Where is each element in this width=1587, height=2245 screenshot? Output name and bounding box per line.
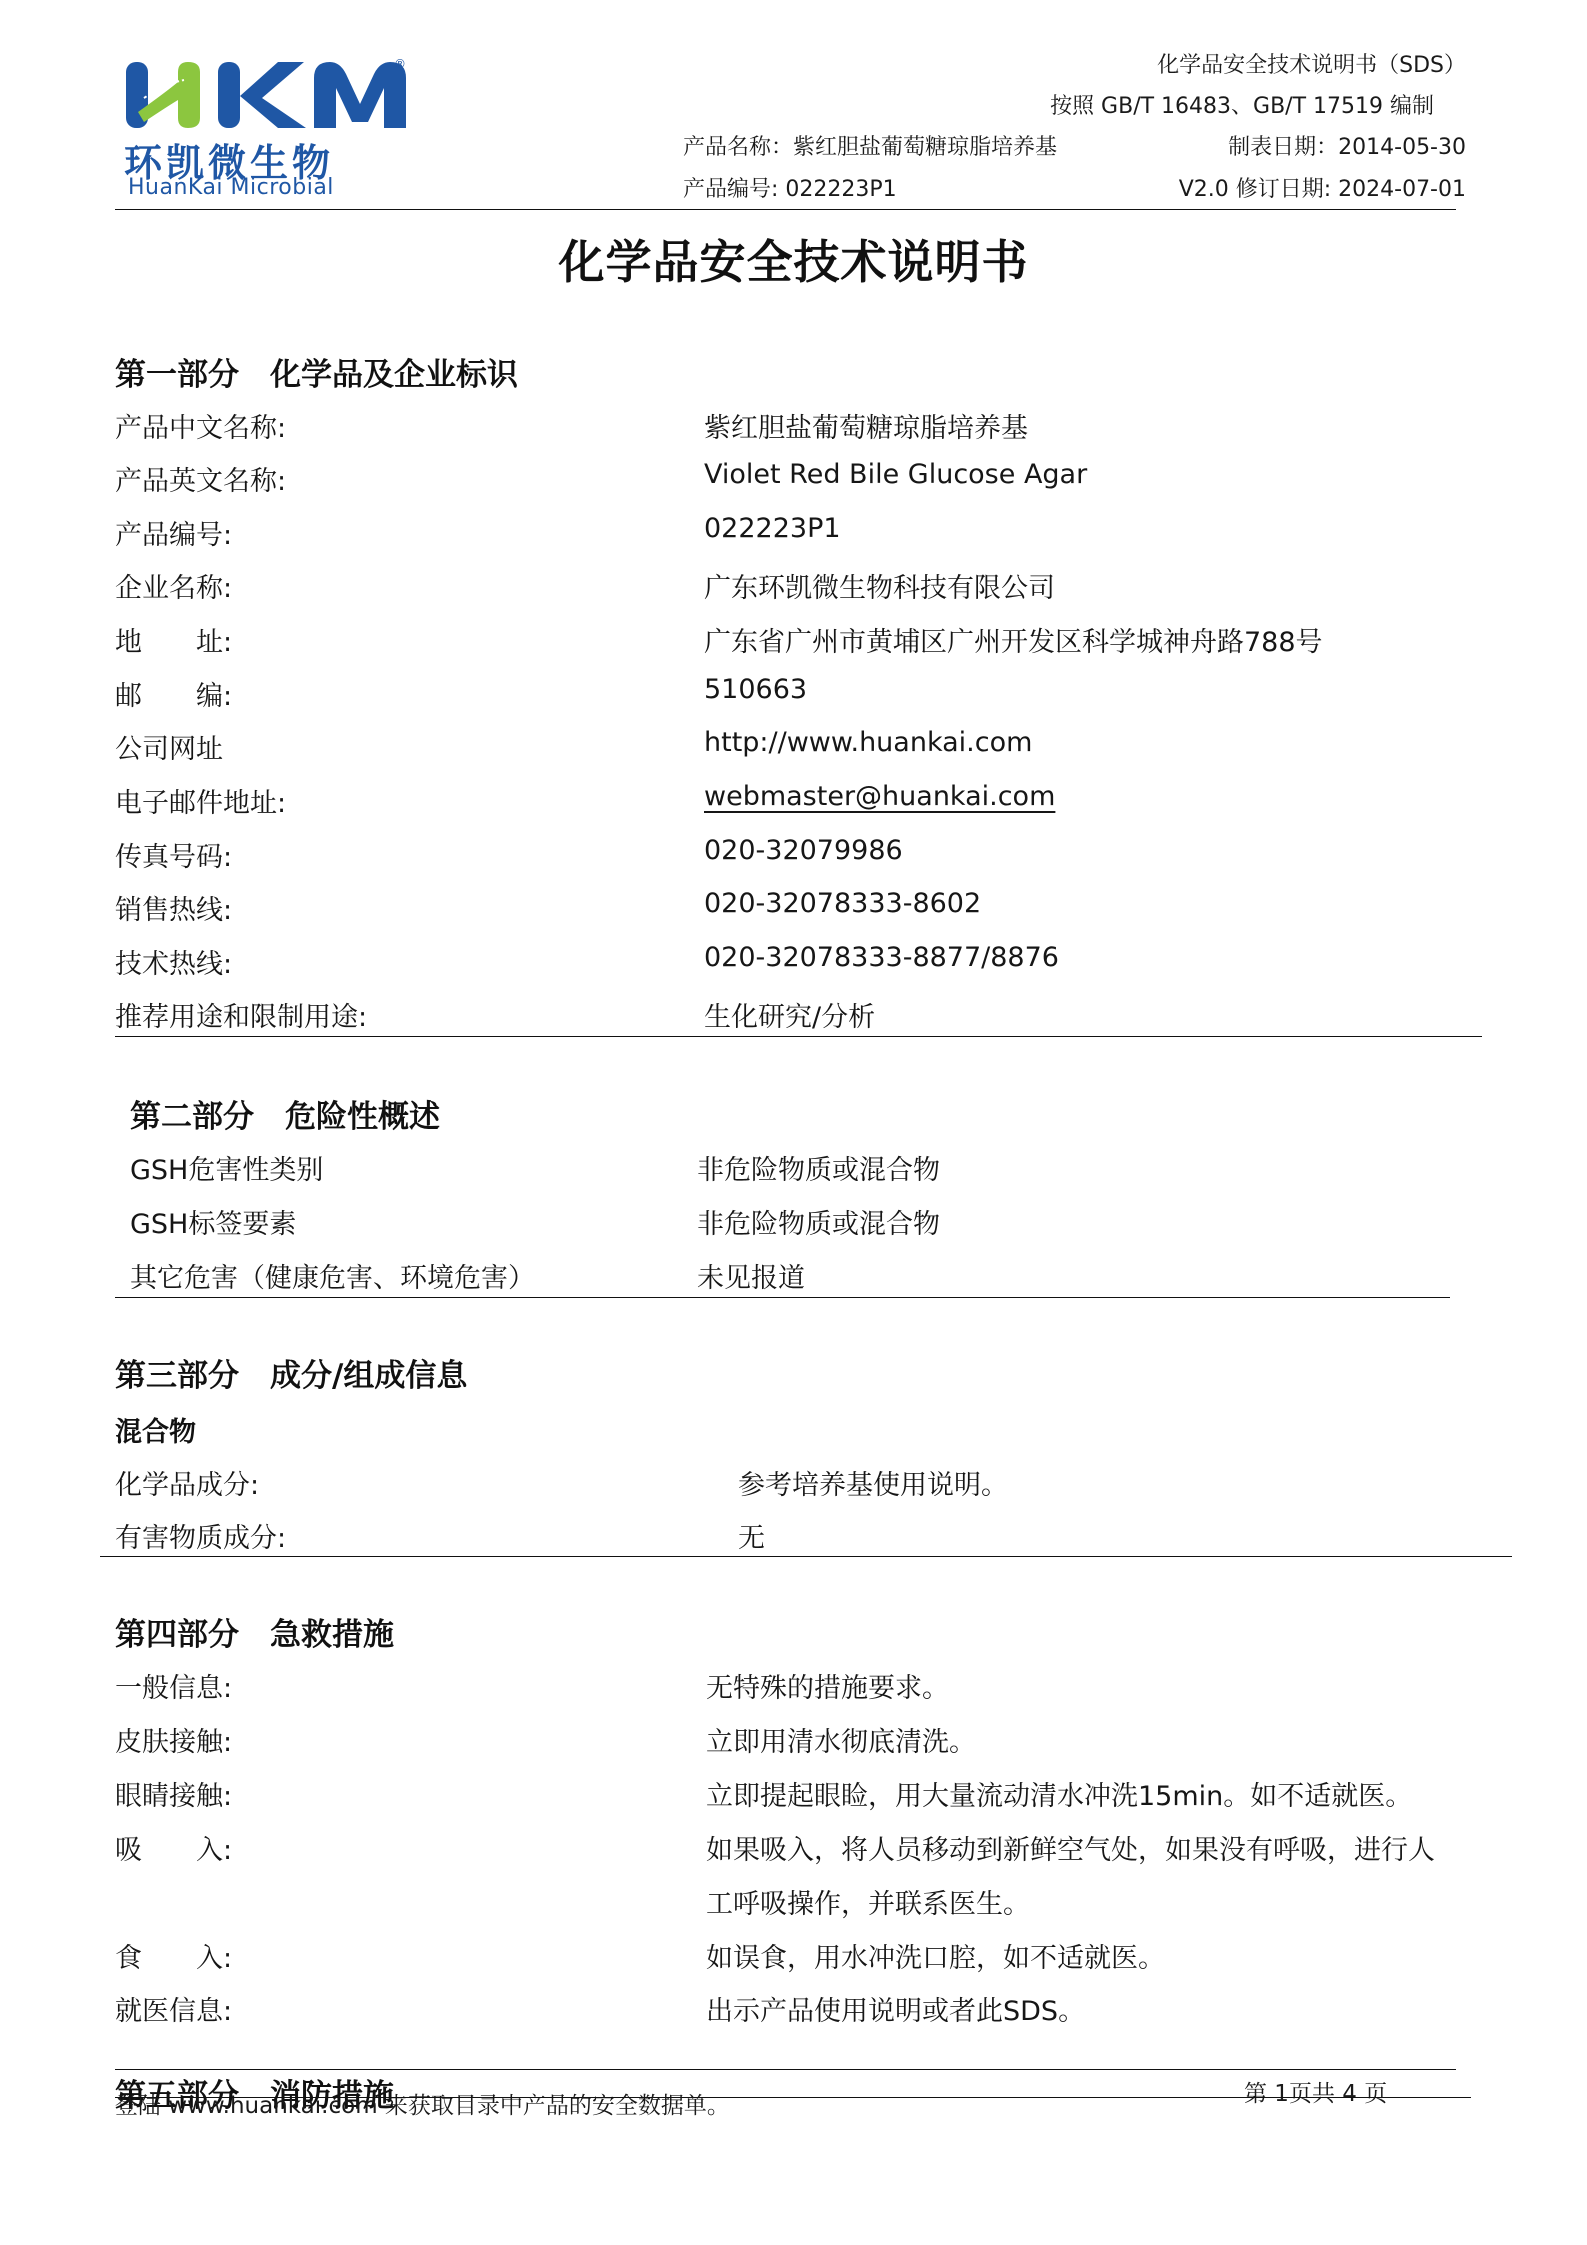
s4-value: 如果吸入，将人员移动到新鲜空气处，如果没有呼吸，进行人 (706, 1828, 1435, 1867)
s3-label: 化学品成分: (115, 1463, 259, 1502)
s4-label: 一般信息: (115, 1666, 232, 1705)
s1-value: 510663 (704, 674, 807, 705)
s1-label: 传真号码: (115, 835, 232, 874)
s3-value: 参考培养基使用说明。 (738, 1463, 1008, 1502)
s1-label: 产品英文名称: (115, 459, 286, 498)
s4-value: 立即用清水彻底清洗。 (706, 1720, 976, 1759)
s4-label: 吸 入: (115, 1828, 232, 1867)
website-link[interactable]: http://www.huankai.com (704, 727, 1032, 758)
header-revision: V2.0 修订日期: 2024-07-01 (1179, 172, 1466, 203)
s2-value: 非危险物质或混合物 (697, 1148, 940, 1187)
s1-value: 022223P1 (704, 513, 841, 544)
header-product-code: 产品编号: 022223P1 (683, 172, 897, 203)
section-4-heading: 第四部分 急救措施 (115, 1609, 394, 1654)
s2-value: 未见报道 (697, 1256, 805, 1295)
s1-value: 020-32078333-8877/8876 (704, 942, 1059, 973)
hkm-logo-icon: ® (118, 52, 408, 132)
s1-value: 广东环凯微生物科技有限公司 (704, 566, 1055, 605)
standard-note: 按照 GB/T 16483、GB/T 17519 编制 (1050, 89, 1434, 120)
s1-value: 紫红胆盐葡萄糖琼脂培养基 (704, 406, 1028, 445)
section-1-heading: 第一部分 化学品及企业标识 (115, 349, 518, 394)
company-logo: ® 环凯微生物 HuanKai Microbial (118, 52, 408, 202)
s4-value: 无特殊的措施要求。 (706, 1666, 949, 1705)
section-3-subheading: 混合物 (115, 1410, 196, 1449)
s2-label: 其它危害（健康危害、环境危害） (130, 1256, 535, 1295)
section-3-divider (100, 1556, 1512, 1557)
section-3-heading: 第三部分 成分/组成信息 (115, 1350, 467, 1395)
footer-bottom-divider (115, 2097, 1471, 2098)
s1-label: 企业名称: (115, 566, 232, 605)
s4-value-continued: 工呼吸操作，并联系医生。 (706, 1882, 1030, 1921)
s2-label: GSH危害性类别 (130, 1148, 323, 1187)
header-made-date: 制表日期：2014-05-30 (1228, 130, 1466, 161)
s4-label: 眼睛接触: (115, 1774, 232, 1813)
s1-label: 邮 编: (115, 674, 232, 713)
s4-value: 出示产品使用说明或者此SDS。 (706, 1989, 1085, 2028)
s2-value: 非危险物质或混合物 (697, 1202, 940, 1241)
doc-type: 化学品安全技术说明书（SDS） (1157, 48, 1466, 79)
page-title: 化学品安全技术说明书 (0, 226, 1587, 292)
s1-value: 020-32078333-8602 (704, 888, 981, 919)
s1-value: 广东省广州市黄埔区广州开发区科学城神舟路788号 (704, 620, 1323, 659)
section-1-divider (115, 1036, 1482, 1037)
s3-value: 无 (738, 1516, 765, 1555)
s4-value: 立即提起眼睑，用大量流动清水冲洗15min。如不适就医。 (706, 1774, 1412, 1813)
footer-note: 登陆 www.huankai.com 来获取目录中产品的安全数据单。 (115, 2087, 730, 2120)
s1-value: Violet Red Bile Glucose Agar (704, 459, 1087, 490)
header-product-name: 产品名称：紫红胆盐葡萄糖琼脂培养基 (683, 130, 1057, 161)
s1-label: 推荐用途和限制用途: (115, 995, 367, 1034)
s1-label: 产品中文名称: (115, 406, 286, 445)
page-indicator: 第 1页共 4 页 (1244, 2075, 1387, 2108)
logo-english-name: HuanKai Microbial (128, 175, 334, 200)
s1-value: 生化研究/分析 (704, 995, 875, 1034)
s1-label: 公司网址 (115, 727, 223, 766)
s1-value: 020-32079986 (704, 835, 903, 866)
footer-top-divider (115, 2069, 1456, 2070)
s4-label: 皮肤接触: (115, 1720, 232, 1759)
svg-text:®: ® (394, 57, 406, 71)
s1-label: 电子邮件地址: (115, 781, 286, 820)
s1-label: 地 址: (115, 620, 232, 659)
s4-value: 如误食，用水冲洗口腔，如不适就医。 (706, 1936, 1165, 1975)
section-2-divider (115, 1297, 1450, 1298)
s2-label: GSH标签要素 (130, 1202, 296, 1241)
s3-label: 有害物质成分: (115, 1516, 286, 1555)
header-divider (115, 209, 1456, 210)
s1-label: 技术热线: (115, 942, 232, 981)
s4-label: 食 入: (115, 1936, 232, 1975)
section-2-heading: 第二部分 危险性概述 (130, 1091, 440, 1136)
s4-label: 就医信息: (115, 1989, 232, 2028)
email-link[interactable]: webmaster@huankai.com (704, 781, 1055, 812)
s1-label: 产品编号: (115, 513, 232, 552)
s1-label: 销售热线: (115, 888, 232, 927)
